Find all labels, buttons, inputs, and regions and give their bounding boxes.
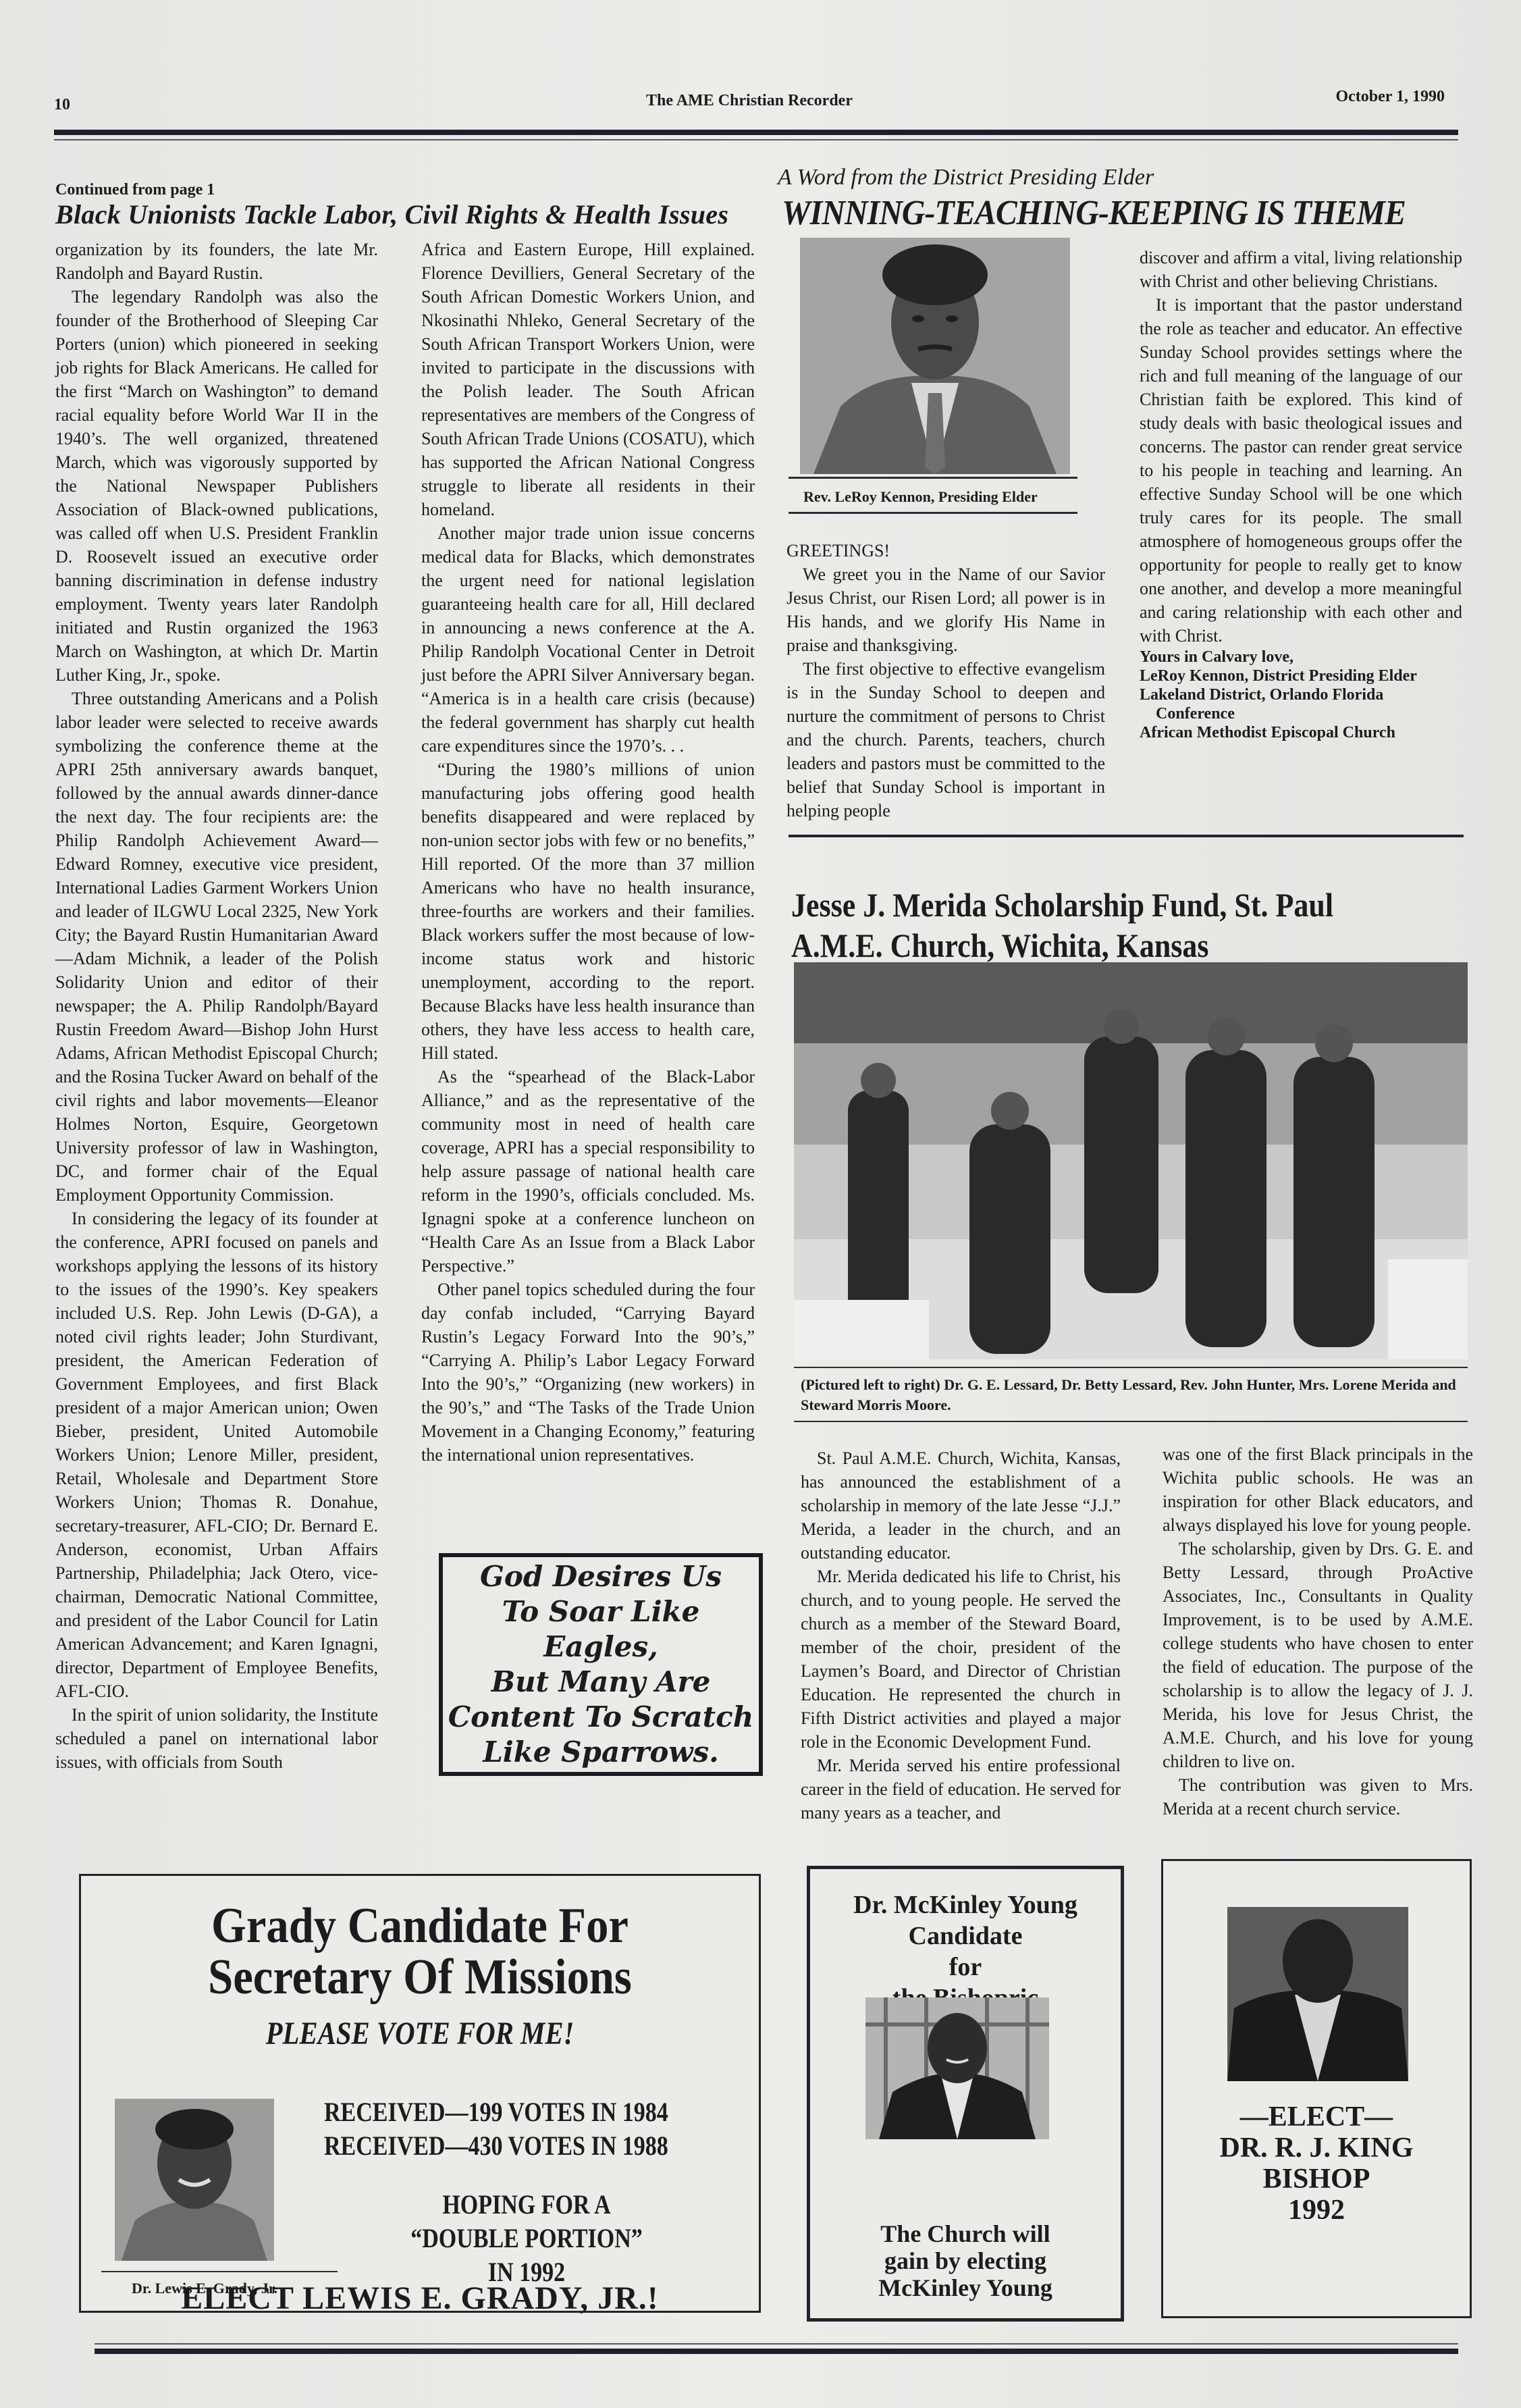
signoff-line: Lakeland District, Orlando Florida [1140,685,1462,704]
king-ad-text: —ELECT— DR. R. J. KING BISHOP 1992 [1163,2101,1470,2226]
king-photo [1227,1907,1408,2081]
hope-line: “DOUBLE PORTION” [406,2222,647,2255]
paragraph: Three outstanding Americans and a Polish… [55,687,378,1207]
paragraph: organization by its founders, the late M… [55,238,378,285]
headline-line: Secretary Of Missions [115,1952,725,2003]
elder-column-2: discover and affirm a vital, living rela… [1140,246,1462,742]
ad-elect: —ELECT— [1163,2101,1470,2132]
masthead: 10 The AME Christian Recorder October 1,… [54,88,1445,115]
elder-headline: WINNING-TEACHING-KEEPING IS THEME [782,193,1406,233]
quote-line: To Soar Like Eagles, [502,1595,700,1663]
ad-line: Candidate [810,1920,1121,1952]
kennon-photo-caption: Rev. LeRoy Kennon, Presiding Elder [803,486,1038,508]
quote-line: Like Sparrows. [483,1735,719,1769]
paragraph: The first objective to effective evangel… [786,657,1105,822]
masthead-rule-thick [54,130,1458,135]
grady-photo [115,2099,274,2261]
elder-column-1: GREETINGS! We greet you in the Name of o… [786,539,1105,822]
paragraph: The contribution was given to Mrs. Merid… [1163,1773,1473,1821]
caption-rule-top [794,1367,1468,1368]
portrait-icon [115,2099,274,2261]
group-photo-icon [794,962,1468,1359]
paragraph: In the spirit of union solidarity, the I… [55,1703,378,1774]
grady-headline: Grady Candidate For Secretary Of Mission… [115,1900,725,2003]
king-campaign-ad: —ELECT— DR. R. J. KING BISHOP 1992 [1161,1859,1472,2318]
paragraph: was one of the first Black principals in… [1163,1442,1473,1537]
caption-rule-top [789,477,1077,479]
ad-line: McKinley Young [810,2274,1121,2301]
publication-title: The AME Christian Recorder [54,92,1445,110]
grady-hope-text: HOPING FOR A “DOUBLE PORTION” IN 1992 [406,2188,647,2289]
ad-office: BISHOP [1163,2164,1470,2195]
article-column-2: Africa and Eastern Europe, Hill explaine… [421,238,755,1467]
young-ad-bottom: The Church will gain by electing McKinle… [810,2220,1121,2301]
quote-line: God Desires Us [480,1560,722,1593]
merida-group-photo [794,962,1468,1359]
merida-headline: Jesse J. Merida Scholarship Fund, St. Pa… [791,885,1333,966]
votes-1988: RECEIVED—430 VOTES IN 1988 [324,2129,668,2163]
greeting: GREETINGS! [786,539,1105,562]
paragraph: Another major trade union issue concerns… [421,521,755,758]
hope-line: HOPING FOR A [406,2188,647,2222]
grady-subhead: PLEASE VOTE FOR ME! [132,2015,708,2052]
headline-line: Jesse J. Merida Scholarship Fund, St. Pa… [791,885,1333,925]
merida-column-1: St. Paul A.M.E. Church, Wichita, Kansas,… [801,1446,1121,1825]
article-headline: Black Unionists Tackle Labor, Civil Righ… [55,200,728,230]
grady-footer: ELECT LEWIS E. GRADY, JR.! [81,2280,759,2317]
caption-rule-bottom [789,512,1077,514]
continued-kicker: Continued from page 1 [55,181,215,199]
paragraph: In considering the legacy of its founder… [55,1207,378,1703]
paragraph: St. Paul A.M.E. Church, Wichita, Kansas,… [801,1446,1121,1565]
signoff-line: LeRoy Kennon, District Presiding Elder [1140,666,1462,685]
bottom-rule-thick [95,2349,1458,2354]
young-campaign-ad: Dr. McKinley Young Candidate for the Bis… [807,1866,1124,2322]
paragraph: We greet you in the Name of our Savior J… [786,562,1105,657]
headline-line: Grady Candidate For [115,1900,725,1952]
paragraph: The scholarship, given by Drs. G. E. and… [1163,1537,1473,1773]
portrait-icon [800,238,1070,474]
paragraph: “During the 1980’s millions of union man… [421,758,755,1065]
signoff-line: Yours in Calvary love, [1140,648,1462,666]
bottom-rule-thin [95,2343,1458,2345]
paragraph: Mr. Merida dedicated his life to Christ,… [801,1565,1121,1754]
ad-line: gain by electing [810,2247,1121,2274]
ad-line: Dr. McKinley Young [810,1889,1121,1920]
caption-rule-bottom [794,1421,1468,1422]
paragraph: As the “spearhead of the Black-Labor All… [421,1065,755,1278]
paragraph: It is important that the pastor understa… [1140,293,1462,648]
signoff-line: African Methodist Episcopal Church [1140,723,1462,742]
masthead-rule-thin [54,139,1458,140]
portrait-icon [865,1997,1049,2139]
issue-date: October 1, 1990 [1335,88,1445,106]
grady-vote-history: RECEIVED—199 VOTES IN 1984 RECEIVED—430 … [324,2095,668,2163]
paragraph: The legendary Randolph was also the foun… [55,285,378,687]
caption-rule-top [101,2271,338,2272]
signoff-line: Conference [1140,704,1462,723]
merida-column-2: was one of the first Black principals in… [1163,1442,1473,1821]
newspaper-page: 10 The AME Christian Recorder October 1,… [0,0,1521,2408]
grady-campaign-ad: Grady Candidate For Secretary Of Mission… [79,1874,761,2313]
merida-photo-caption: (Pictured left to right) Dr. G. E. Lessa… [801,1375,1469,1415]
young-photo [865,1997,1049,2139]
ad-year: 1992 [1163,2195,1470,2226]
eagles-quote-box: God Desires Us To Soar Like Eagles, But … [439,1553,763,1776]
section-divider [789,835,1464,837]
signoff: Yours in Calvary love, LeRoy Kennon, Dis… [1140,648,1462,742]
ad-line: for [810,1952,1121,1983]
article-column-1: organization by its founders, the late M… [55,238,378,1774]
paragraph: Other panel topics scheduled during the … [421,1278,755,1467]
kennon-photo [800,238,1070,474]
headline-line: A.M.E. Church, Wichita, Kansas [791,925,1333,966]
paragraph: Africa and Eastern Europe, Hill explaine… [421,238,755,521]
elder-kicker: A Word from the District Presiding Elder [778,165,1154,190]
paragraph: Mr. Merida served his entire professiona… [801,1754,1121,1825]
paragraph: discover and affirm a vital, living rela… [1140,246,1462,293]
quote-line: Content To Scratch [448,1700,753,1733]
quote-line: But Many Are [491,1665,711,1698]
ad-line: The Church will [810,2220,1121,2247]
votes-1984: RECEIVED—199 VOTES IN 1984 [324,2095,668,2129]
ad-candidate-name: DR. R. J. KING [1163,2132,1470,2164]
portrait-icon [1227,1907,1408,2081]
